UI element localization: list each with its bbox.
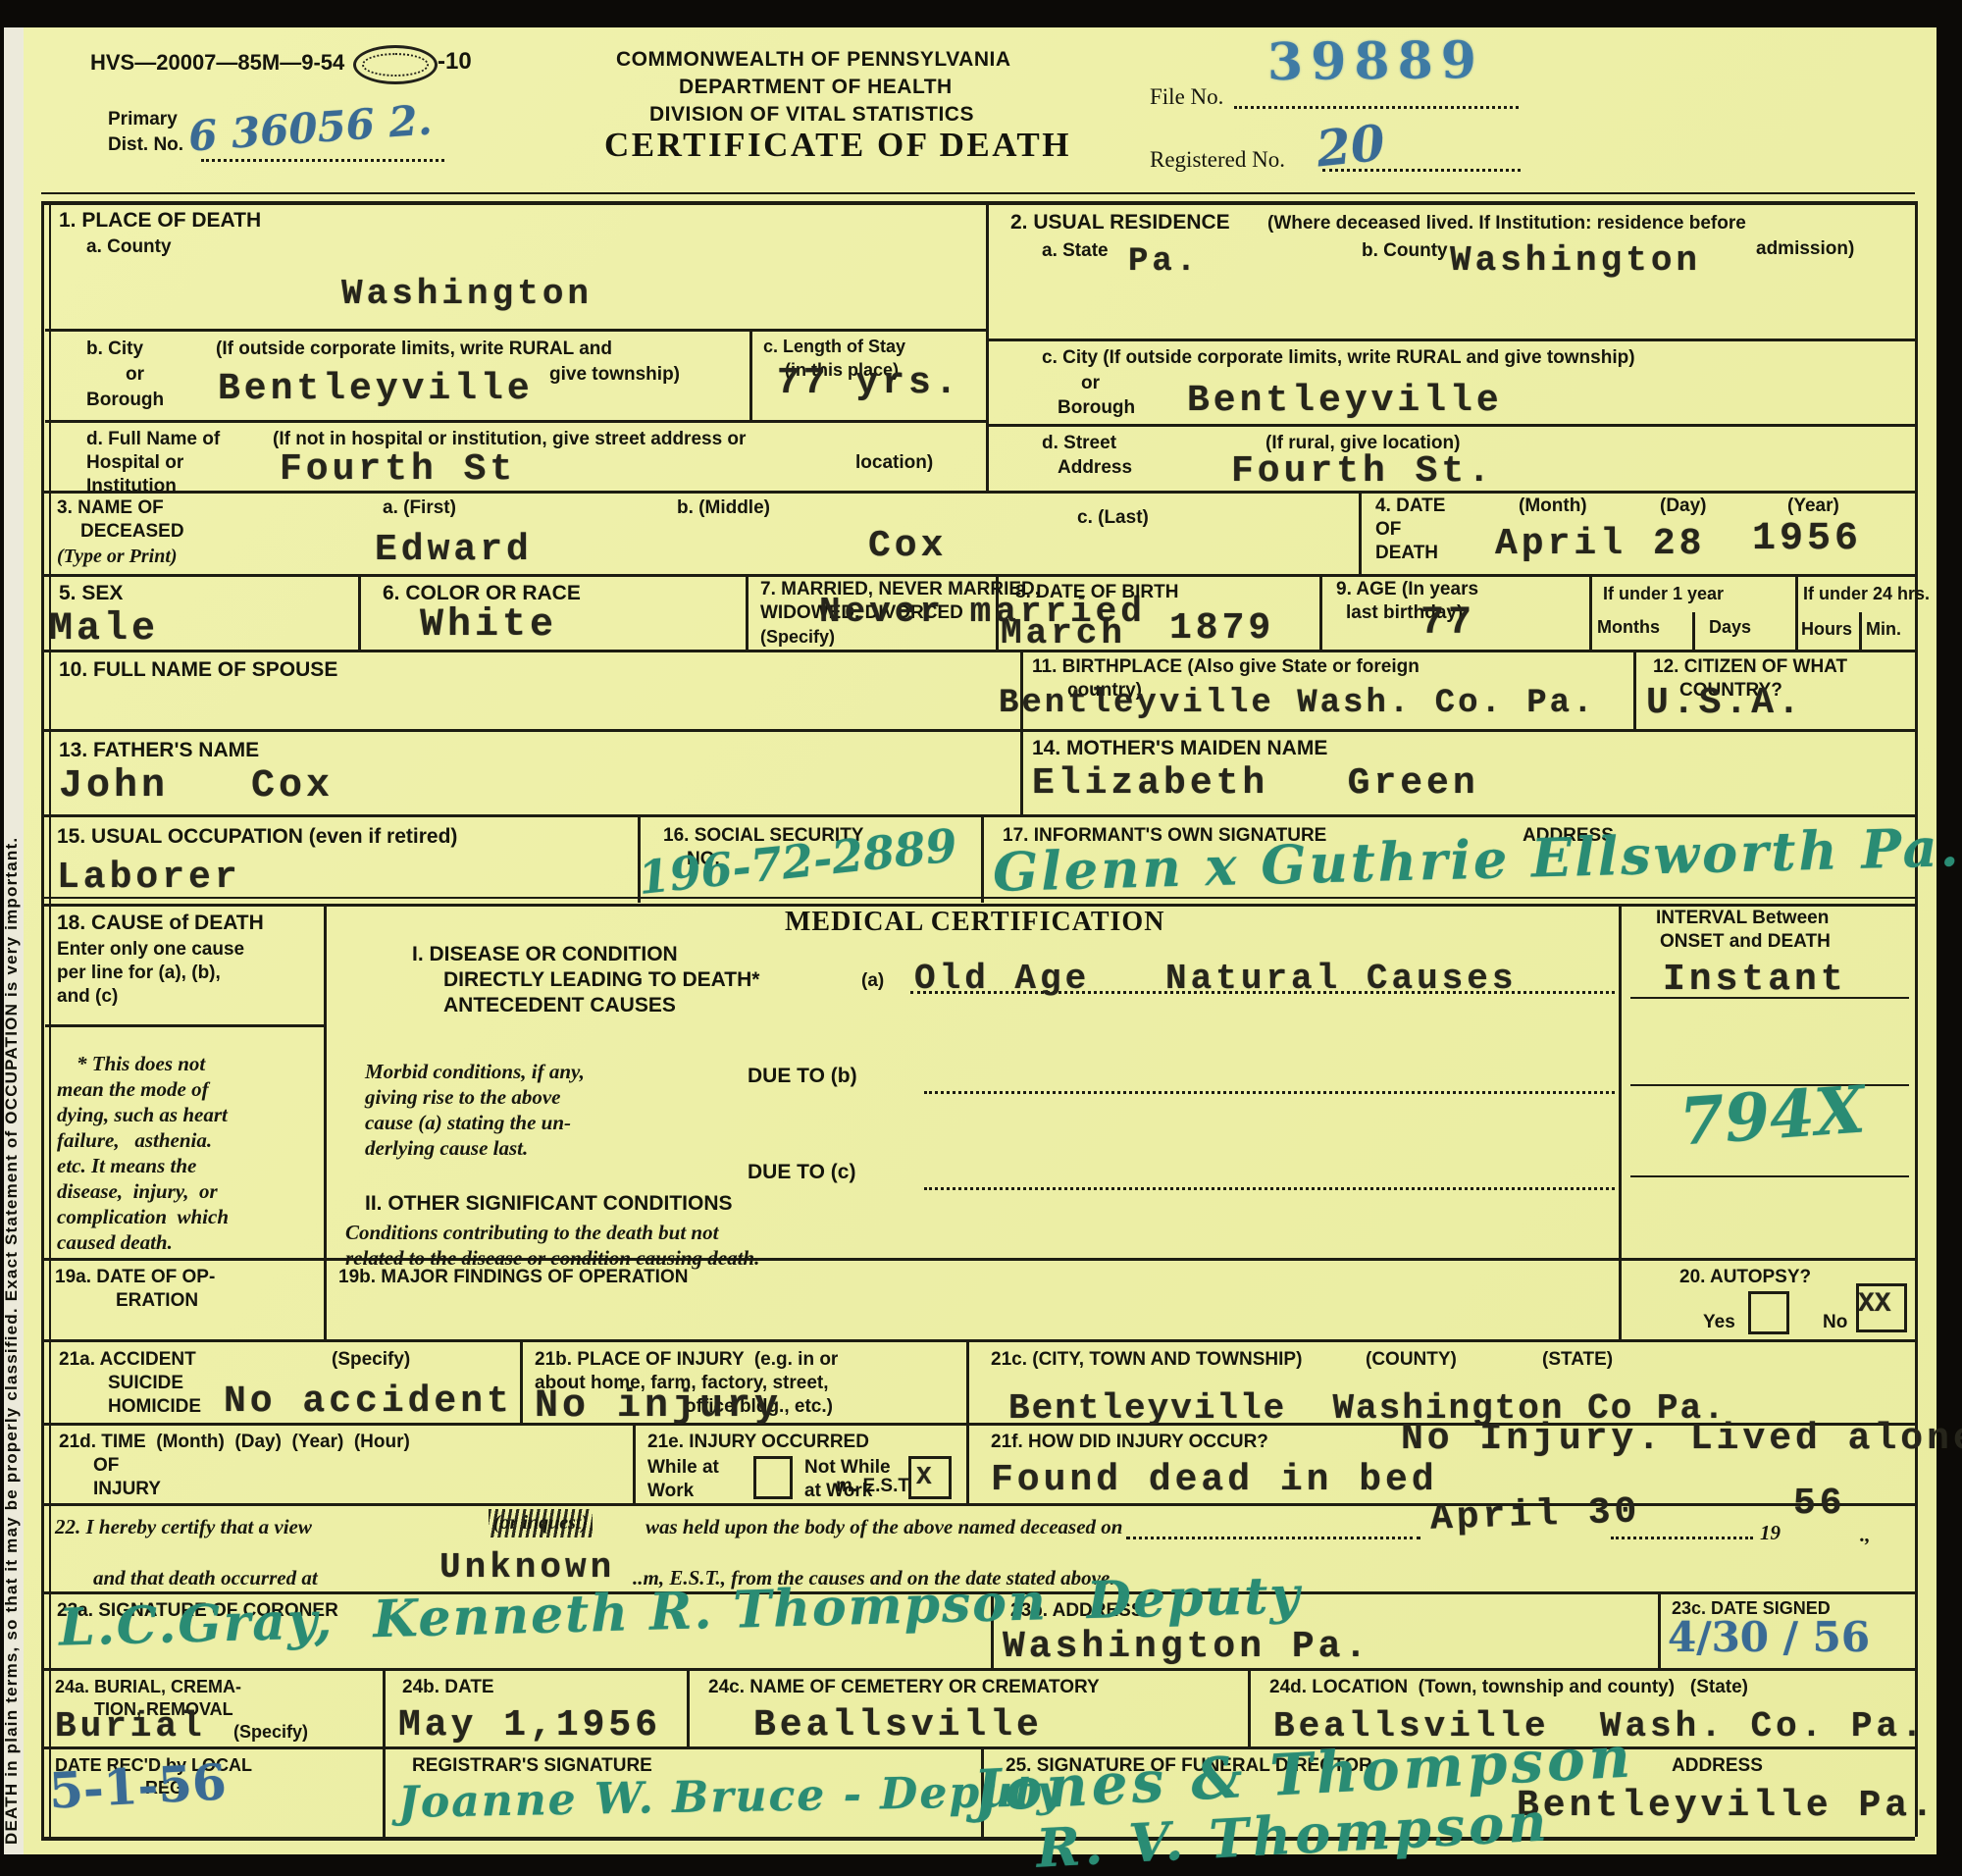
s2b-value: Washington	[1450, 243, 1701, 279]
s3-title: 3. NAME OF	[57, 498, 164, 518]
s18-p2-note-1: Conditions contributing to the death but…	[345, 1221, 718, 1245]
s8-label: 8. DATE OF BIRTH	[1015, 583, 1178, 602]
grid-line	[41, 491, 1915, 494]
s1c-value: 77 yrs.	[777, 365, 961, 402]
s5-label: 5. SEX	[59, 583, 123, 604]
registrar-label: REGISTRAR'S SIGNATURE	[412, 1756, 652, 1776]
s20-label: 20. AUTOPSY?	[1679, 1268, 1811, 1287]
s18-body-3: and (c)	[57, 987, 118, 1007]
s20-no-label: No	[1823, 1313, 1847, 1332]
s24a-value: Burial	[55, 1709, 206, 1745]
scanned-death-certificate: DEATH in plain terms, so that it may be …	[0, 0, 1962, 1876]
cause-b-line	[924, 1091, 1615, 1094]
s18-a-value: Old Age Natural Causes	[914, 962, 1517, 997]
s18-title: 18. CAUSE of DEATH	[57, 912, 264, 934]
s18-morbid-2: giving rise to the above	[365, 1085, 560, 1110]
s2c-label-borough: Borough	[1058, 398, 1135, 418]
grid-line	[749, 329, 752, 420]
grid-line	[45, 420, 986, 423]
s1d-label-3: Institution	[86, 477, 177, 496]
s21e-while-label-2: Work	[647, 1482, 694, 1501]
s1b-label-or: or	[126, 365, 144, 385]
registrar-signature: Joanne W. Bruce - Deputy	[398, 1772, 1064, 1822]
s1-title: 1. PLACE OF DEATH	[59, 210, 261, 232]
s9-days-label: Days	[1709, 618, 1751, 637]
s24b-value: May 1,1956	[398, 1707, 661, 1745]
grid-line	[1319, 574, 1322, 650]
s6-label: 6. COLOR OR RACE	[383, 583, 581, 604]
s18-note-3: dying, such as heart	[57, 1103, 228, 1127]
grid-line	[1692, 612, 1695, 650]
s4-year-label: (Year)	[1787, 496, 1839, 516]
interval-label-2: ONSET and DEATH	[1660, 932, 1831, 952]
s2d-value: Fourth St.	[1231, 453, 1494, 491]
primary-dist-line	[201, 159, 444, 162]
grid-line	[1795, 574, 1798, 650]
autopsy-no-value: XX	[1858, 1291, 1891, 1319]
s21d-label-3: INJURY	[93, 1480, 161, 1499]
s18-morbid-3: cause (a) stating the un-	[365, 1111, 571, 1135]
s8-value-month: March	[1001, 616, 1126, 651]
grid-line	[383, 1668, 386, 1837]
injury-at-work-checkbox	[753, 1456, 793, 1499]
s25-address-label: ADDRESS	[1672, 1756, 1763, 1776]
grid-line	[41, 192, 1915, 194]
s15-value: Laborer	[57, 860, 241, 897]
s14-label: 14. MOTHER'S MAIDEN NAME	[1032, 738, 1327, 759]
s21c-state-label: (STATE)	[1542, 1350, 1613, 1370]
s22-date-line-2	[1611, 1537, 1753, 1539]
form-code: HVS—20007—85M—9-54	[90, 51, 344, 74]
s22-struck-text: (or inquest)	[489, 1509, 593, 1537]
s21a-label: 21a. ACCIDENT	[59, 1350, 196, 1370]
s9-under24-label: If under 24 hrs.	[1803, 585, 1930, 603]
s18-p1-l3: ANTECEDENT CAUSES	[443, 995, 676, 1016]
s3b-value: Cox	[868, 528, 947, 565]
s21c-county-label: (COUNTY)	[1366, 1350, 1457, 1370]
s18-note-6: disease, injury, or	[57, 1179, 218, 1204]
s20-yes-label: Yes	[1703, 1313, 1735, 1332]
grid-line	[1859, 612, 1862, 650]
grid-line	[1619, 904, 1622, 1339]
s18-note-4: failure, asthenia.	[57, 1128, 212, 1153]
grid-line	[1658, 1591, 1661, 1668]
s21a-label-2: SUICIDE	[108, 1374, 183, 1393]
grid-line	[986, 339, 1915, 341]
s22-pre: 22. I hereby certify that a view	[55, 1515, 312, 1539]
grid-line	[1589, 574, 1592, 650]
medical-certification-title: MEDICAL CERTIFICATION	[785, 907, 1164, 938]
s21f-value-1: No Injury. Lived alone	[1401, 1421, 1962, 1458]
s25-address-value: Bentleyville Pa.	[1517, 1788, 1937, 1825]
s22-line2-pre: and that death occurred at	[93, 1566, 318, 1590]
grid-line	[45, 329, 986, 332]
s21e-notwhile-label-2: at Work	[804, 1482, 872, 1501]
grid-line	[41, 1746, 1915, 1749]
grid-line	[45, 1024, 324, 1027]
grid-line	[520, 1339, 523, 1423]
s3-title-3: (Type or Print)	[57, 546, 178, 568]
s18-a-mark: (a)	[861, 971, 884, 991]
s2c-label-or: or	[1081, 374, 1100, 393]
grid-line	[324, 904, 327, 1339]
s2a-label: a. State	[1042, 241, 1109, 261]
s4-title: 4. DATE	[1375, 496, 1445, 516]
s1b-note: (If outside corporate limits, write RURA…	[216, 339, 612, 359]
s2c-value: Bentleyville	[1187, 383, 1503, 420]
file-no-line	[1234, 106, 1519, 109]
s18-body-1: Enter only one cause	[57, 940, 244, 960]
grid-line	[966, 1339, 969, 1503]
date-recd-value: 5-1-56	[48, 1759, 228, 1812]
s18-due-c-label: DUE TO (c)	[748, 1162, 855, 1183]
grid-line	[633, 1423, 636, 1503]
grid-line	[41, 1837, 1915, 1841]
s18-p1-l2: DIRECTLY LEADING TO DEATH*	[443, 969, 759, 991]
s1d-value: Fourth St	[280, 451, 516, 489]
s21f-value-2: Found dead in bed	[991, 1462, 1438, 1499]
s22-date-value: April 30	[1429, 1493, 1641, 1537]
s13-label: 13. FATHER'S NAME	[59, 740, 259, 761]
interval-value: Instant	[1663, 962, 1847, 999]
s3c-label: c. (Last)	[1077, 508, 1149, 528]
s2b-label: b. County	[1362, 241, 1448, 261]
grid-line	[41, 201, 1915, 205]
grid-line	[746, 574, 749, 650]
org-line-3: DIVISION OF VITAL STATISTICS	[649, 104, 974, 126]
grid-line	[41, 1339, 1915, 1342]
s24d-label: 24d. LOCATION (Town, township and county…	[1269, 1678, 1748, 1697]
s9-value: 77	[1420, 604, 1475, 644]
s1b-value: Bentleyville	[218, 371, 534, 408]
primary-dist-label: Primary	[108, 110, 178, 130]
s18-p2-title: II. OTHER SIGNIFICANT CONDITIONS	[365, 1193, 733, 1215]
s3a-value: Edward	[375, 532, 533, 569]
s1a-value: Washington	[341, 277, 593, 312]
s4-year-value: 1956	[1752, 520, 1862, 559]
s4-title-2: OF	[1375, 520, 1401, 540]
s22-year-prefix: 19	[1760, 1521, 1781, 1545]
s4-title-3: DEATH	[1375, 544, 1438, 563]
s22-year-value: 56	[1793, 1485, 1846, 1523]
grid-line	[986, 424, 1915, 427]
grid-line	[41, 574, 1915, 577]
s4-day-label: (Day)	[1660, 496, 1707, 516]
margin-instruction-text: DEATH in plain terms, so that it may be …	[2, 34, 22, 1845]
s21a-value: No accident	[224, 1383, 513, 1421]
s24c-label: 24c. NAME OF CEMETERY OR CREMATORY	[708, 1678, 1100, 1697]
s9-label: 9. AGE (In years	[1336, 580, 1478, 599]
s15-label: 15. USUAL OCCUPATION (even if retired)	[57, 826, 457, 848]
s11-value: Bentleyville Wash. Co. Pa.	[999, 687, 1596, 720]
s2-title-note: (Where deceased lived. If Institution: r…	[1267, 214, 1746, 234]
s1d-note: (If not in hospital or institution, give…	[273, 430, 746, 449]
registered-no-label: Registered No.	[1150, 147, 1285, 173]
s9-min-label: Min.	[1866, 620, 1901, 639]
s21a-label-3: HOMICIDE	[108, 1397, 201, 1417]
s4-month-day-value: April 28	[1495, 526, 1705, 563]
grid-line	[1248, 1668, 1251, 1746]
s1b-label: b. City	[86, 339, 143, 359]
s1b-label-borough: Borough	[86, 391, 164, 410]
s6-value: White	[420, 606, 557, 646]
s4-month-label: (Month)	[1519, 496, 1587, 516]
grid-line	[41, 729, 1915, 732]
s23b-value: Washington Pa.	[1003, 1629, 1370, 1666]
s1c-label: c. Length of Stay	[763, 338, 905, 356]
grid-line	[41, 1258, 1915, 1261]
s18-note-5: etc. It means the	[57, 1154, 196, 1178]
grid-line	[986, 201, 989, 491]
s1b-note-2: give township)	[549, 365, 680, 385]
injury-not-at-work-value: X	[916, 1464, 932, 1489]
interval-code-value: 794X	[1678, 1080, 1867, 1151]
s18-body-2: per line for (a), (b),	[57, 964, 221, 983]
s13-value: John Cox	[59, 767, 334, 807]
s24a-label: 24a. BURIAL, CREMA-	[55, 1678, 241, 1696]
s2-title-note-2: admission)	[1756, 239, 1854, 259]
grid-line	[1915, 201, 1918, 1837]
file-no-label: File No.	[1150, 84, 1223, 110]
s19a-label: 19a. DATE OF OP-	[55, 1268, 215, 1287]
s21c-label: 21c. (CITY, TOWN AND TOWNSHIP)	[991, 1350, 1302, 1370]
s2d-label-2: Address	[1058, 458, 1132, 478]
grid-line	[687, 1668, 690, 1746]
s1d-label: d. Full Name of	[86, 430, 220, 449]
file-number-stamp: 39889	[1267, 38, 1484, 86]
s23c-value: 4/30 / 56	[1668, 1619, 1870, 1656]
s18-note-1: * This does not	[77, 1052, 205, 1076]
grid-line	[41, 814, 1915, 817]
s9-months-label: Months	[1597, 618, 1660, 637]
s2c-label: c. City (If outside corporate limits, wr…	[1042, 348, 1635, 368]
s3b-label: b. (Middle)	[677, 498, 770, 518]
s2d-label: d. Street	[1042, 434, 1116, 453]
s18-morbid-4: derlying cause last.	[365, 1136, 528, 1161]
org-line-1: COMMONWEALTH OF PENNSYLVANIA	[616, 49, 1010, 71]
s21d-label-2: OF	[93, 1456, 119, 1476]
autopsy-yes-checkbox	[1748, 1291, 1789, 1334]
s11-label: 11. BIRTHPLACE (Also give State or forei…	[1032, 657, 1420, 677]
s5-value: Male	[49, 610, 159, 650]
s18-morbid-1: Morbid conditions, if any,	[365, 1060, 585, 1084]
s1a-label: a. County	[86, 237, 172, 257]
s21e-label: 21e. INJURY OCCURRED	[647, 1433, 869, 1452]
s22-date-line	[1126, 1537, 1420, 1539]
s2a-value: Pa.	[1128, 245, 1200, 279]
s9-under1-label: If under 1 year	[1603, 585, 1724, 603]
s21b-label: 21b. PLACE OF INJURY (e.g. in or	[535, 1350, 838, 1370]
s22-comma: .,	[1860, 1523, 1871, 1547]
union-label-suffix: -10	[438, 49, 472, 74]
s24c-value: Beallsville	[753, 1707, 1043, 1745]
s3-title-2: DECEASED	[80, 522, 184, 542]
s21a-specify: (Specify)	[332, 1350, 410, 1370]
s8-value-year: 1879	[1169, 610, 1274, 648]
org-line-2: DEPARTMENT OF HEALTH	[679, 77, 953, 98]
s21e-notwhile-label: Not While	[804, 1458, 891, 1478]
s18-note-8: caused death.	[57, 1230, 173, 1255]
s22-time-value: Unknown	[439, 1550, 615, 1586]
s22-mid: was held upon the body of the above name…	[645, 1515, 1122, 1539]
s24a-specify: (Specify)	[233, 1723, 308, 1742]
grid-line	[1630, 1175, 1909, 1177]
union-label-icon	[353, 45, 438, 84]
s18-note-2: mean the mode of	[57, 1077, 209, 1102]
grid-line	[41, 897, 1915, 899]
grid-line	[1633, 650, 1636, 729]
grid-line	[41, 1668, 1915, 1671]
s21e-while-label: While at	[647, 1458, 719, 1478]
s14-value: Elizabeth Green	[1032, 765, 1479, 803]
s21d-label: 21d. TIME (Month) (Day) (Year) (Hour)	[59, 1433, 410, 1452]
s24b-label: 24b. DATE	[402, 1678, 494, 1697]
s18-due-b-label: DUE TO (b)	[748, 1066, 857, 1087]
s10-label: 10. FULL NAME OF SPOUSE	[59, 659, 337, 681]
s21b-value: No injury	[535, 1387, 782, 1427]
s19a-label-2: ERATION	[116, 1291, 198, 1311]
grid-line	[1020, 650, 1023, 814]
interval-label-1: INTERVAL Between	[1656, 909, 1829, 928]
grid-line	[358, 574, 361, 650]
certificate-title: CERTIFICATE OF DEATH	[604, 126, 1071, 165]
primary-dist-label-2: Dist. No.	[108, 135, 183, 155]
grid-line	[981, 814, 984, 903]
s18-p1-l1: I. DISEASE OR CONDITION	[412, 944, 678, 965]
s9-hours-label: Hours	[1801, 620, 1852, 639]
registered-no-value: 20	[1315, 120, 1387, 171]
s3a-label: a. (First)	[383, 498, 456, 518]
grid-line	[1359, 491, 1362, 574]
s2-title: 2. USUAL RESIDENCE	[1010, 212, 1230, 234]
s19b-label: 19b. MAJOR FINDINGS OF OPERATION	[338, 1268, 688, 1287]
s1d-note-2: location)	[855, 453, 933, 473]
s21f-label: 21f. HOW DID INJURY OCCUR?	[991, 1433, 1268, 1452]
s1d-label-2: Hospital or	[86, 453, 183, 473]
s12-label: 12. CITIZEN OF WHAT	[1653, 657, 1847, 677]
cause-c-line	[924, 1187, 1615, 1190]
s12-value: U.S.A.	[1646, 685, 1804, 722]
s18-note-7: complication which	[57, 1205, 229, 1229]
